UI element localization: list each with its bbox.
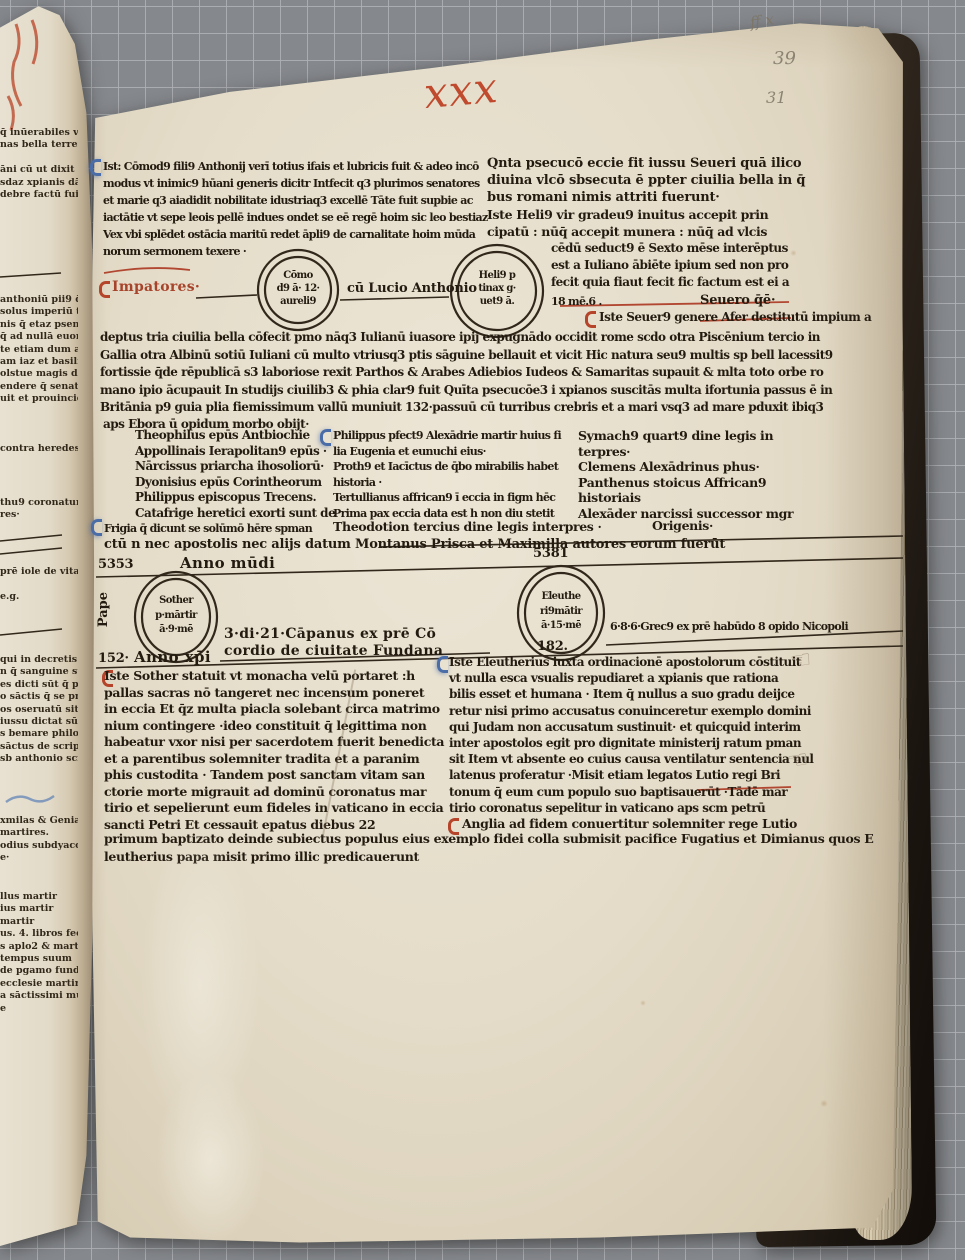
text-line: olstue magis delectā bbox=[0, 368, 78, 380]
text-line: sb anthonio scripsit bbox=[0, 753, 78, 765]
left-page-fragment-block: thu9 coronatur·res· bbox=[0, 497, 78, 522]
text-line: Philippus episcopus Trecens. bbox=[135, 490, 350, 506]
text-line: ecclesie martir· bbox=[0, 978, 78, 990]
text-line: fortissie q̄de rēpublicā s3 laboriose re… bbox=[100, 364, 872, 382]
text-line: e bbox=[0, 1003, 78, 1015]
text-line: Iste Eleutherius iuxta ordinacionē apost… bbox=[449, 654, 801, 670]
cataphrygians-line: Frigia q̄ dicunt se solūmō hēre spman bbox=[104, 520, 312, 537]
text-line: et marie q3 aiadidit nobilitate idustria… bbox=[103, 192, 485, 209]
text-line: Gallia otra Albinū sotiū Iuliani cū mult… bbox=[100, 347, 872, 365]
paragraph-mark-red bbox=[99, 281, 110, 298]
theodotion-line: Theodotion tercius dine legis interpres … bbox=[333, 519, 602, 534]
text-line: latenus proferatur ·Misit etiam legatos … bbox=[449, 767, 801, 783]
text-line: sāctus de scriptores bbox=[0, 741, 78, 753]
text-line: Catafrige heretici exorti sunt de bbox=[135, 506, 350, 522]
anno-xpi-mid-number: 182. bbox=[537, 639, 568, 654]
intro-paragraph-right: Qnta psecucō eccie fit iussu Seueri quā … bbox=[487, 155, 872, 206]
text-line: Vex vbi splēdet ostācia maritū redet āpl… bbox=[103, 226, 485, 243]
text-line: ā·15·mē bbox=[518, 619, 604, 634]
text-line: Appollinais Ierapolitan9 epūs · bbox=[135, 444, 350, 460]
text-line: sdaz xpianis dānātib9 bbox=[0, 177, 78, 189]
emperor-circle-helius: Heli9 ptinax g·uet9 ā. bbox=[454, 269, 540, 308]
popes-side-label: Pape bbox=[96, 592, 111, 627]
text-line: us. 4. libros fecit de bbox=[0, 928, 78, 940]
text-line: endere q̄ senatui bbox=[0, 381, 78, 393]
text-line: retur nisi primo accusatus conuinceretur… bbox=[449, 703, 801, 719]
text-line: cipatū : nūq̄ accepit munera : nūq̄ ad v… bbox=[487, 223, 872, 240]
emperors-rubric-label: Impatores· bbox=[112, 279, 200, 295]
eleutherius-paragraph: Iste Eleutherius iuxta ordinacionē apost… bbox=[449, 654, 801, 816]
text-line: Heli9 p bbox=[454, 269, 540, 282]
text-line: os oseruatū sit notū bbox=[0, 704, 78, 716]
paragraph-mark-red bbox=[585, 311, 596, 328]
text-line: tonum q̄ eum cum populo suo baptisauerūt… bbox=[449, 784, 801, 800]
text-line: ri9mātir bbox=[518, 605, 604, 620]
text-line: uit et prouincie tribus bbox=[0, 393, 78, 405]
anno-mundi-mid-number: 5381 bbox=[533, 546, 568, 561]
text-line: fecit quia fiaut fecit fic factum est ei… bbox=[551, 274, 881, 291]
foxing-spot bbox=[820, 1100, 828, 1107]
text-line: a sāctissimi mulier bbox=[0, 990, 78, 1002]
text-line: martir bbox=[0, 916, 78, 928]
text-line: Clemens Alexādrinus phus· bbox=[578, 459, 788, 475]
text-line: sit Item vt absente eo cuius causa venti… bbox=[449, 751, 801, 767]
text-line: Cōmo bbox=[258, 269, 338, 282]
helius-paragraph-wide: Iste Heli9 vir gradeu9 inuitus accepit p… bbox=[487, 206, 872, 240]
text-line: thu9 coronatur· bbox=[0, 497, 78, 509]
pencil-annotation: ff x bbox=[749, 10, 775, 32]
text-line: tirio coronatus sepelitur in vaticano ap… bbox=[449, 800, 801, 816]
severus-catchword: Seuero q̄ē· bbox=[700, 293, 775, 308]
pencil-annotation: 31 bbox=[766, 88, 786, 107]
text-line: e.g. bbox=[0, 591, 78, 603]
text-line: e· bbox=[0, 852, 78, 864]
text-line: pallas sacras nō tangeret nec incensum p… bbox=[104, 685, 452, 702]
text-line: ctorie morte migrauit ad dominū coronatu… bbox=[104, 784, 452, 801]
text-line: aureli9 bbox=[258, 295, 338, 308]
text-line: xmilas & Genia xpi bbox=[0, 815, 78, 827]
text-line: Ist: Cōmod9 fili9 Anthonij verī totius i… bbox=[103, 158, 485, 175]
text-line: nis q̄ etaz psenioribus bbox=[0, 319, 78, 331]
helius-reign-duration: 18 mē.6 . bbox=[551, 293, 602, 310]
text-line: anthoniū pii9 q̄ noluit bbox=[0, 294, 78, 306]
text-line: modus vt inimic9 hūani generis dicitr In… bbox=[103, 175, 485, 192]
eleutherius-note: 6·8·6·Grec9 ex prē habūdo 8 opido Nicopo… bbox=[610, 618, 848, 635]
text-line: primum baptizato deinde subiectus populu… bbox=[104, 830, 882, 848]
pencil-annotation: 39 bbox=[773, 48, 796, 69]
text-line: d9 ā· 12· bbox=[258, 282, 338, 295]
text-line bbox=[0, 418, 78, 430]
text-line: āni cū ut dixit nos9 bbox=[0, 164, 78, 176]
text-line: norum sermonem texere · bbox=[103, 243, 485, 260]
text-line: ius martir bbox=[0, 903, 78, 915]
paragraph-mark-blue bbox=[90, 159, 101, 176]
text-line: inter apostolos egit pro dignitate minis… bbox=[449, 735, 801, 751]
text-line: Philippus pfect9 Alexādrie martir huius … bbox=[333, 428, 568, 444]
text-line: q̄ ad nullā euomit bbox=[0, 331, 78, 343]
text-line: uet9 ā. bbox=[454, 295, 540, 308]
text-line: llus martir bbox=[0, 891, 78, 903]
text-line: Britānia p9 guia plia fiemissimum vallū … bbox=[100, 399, 872, 417]
text-line: Qnta psecucō eccie fit iussu Seueri quā … bbox=[487, 155, 872, 172]
text-line: Theophilus epūs Antbiochie bbox=[135, 428, 350, 444]
text-line: iussu dictat sūt llq̄z bbox=[0, 716, 78, 728]
text-line: qui Judam non accusatum sustinuit· et qu… bbox=[449, 719, 801, 735]
left-page-fragment-block: llus martirius martirmartirus. 4. libros… bbox=[0, 891, 78, 1015]
text-line: terpres· bbox=[578, 444, 788, 460]
text-line: tirio et sepelierunt eum fideles in vati… bbox=[104, 800, 452, 817]
manicule-icon: ☜ bbox=[788, 645, 813, 676]
text-line: contra heredes et bbox=[0, 443, 78, 455]
text-line: est a Iuliano ābiēte ipium sed non pro bbox=[551, 257, 881, 274]
text-line: te etiam dum abiecisse bbox=[0, 344, 78, 356]
intro-paragraph-left: Ist: Cōmod9 fili9 Anthonij verī totius i… bbox=[103, 158, 485, 260]
montanus-line: ctū n nec apostolis nec alijs datum Mont… bbox=[104, 537, 725, 552]
text-line bbox=[0, 406, 78, 418]
text-line: phis custodita · Tandem post sanctam vit… bbox=[104, 767, 452, 784]
text-line: Iste Heli9 vir gradeu9 inuitus accepit p… bbox=[487, 206, 872, 223]
left-page-fragment-block: prē iole de vita mir9 e.g. bbox=[0, 566, 78, 603]
text-line: Proth9 et Iacīctus de q̄bo mirabilis hab… bbox=[333, 459, 568, 475]
foxing-spot bbox=[640, 1000, 646, 1006]
text-line: cēdū seduct9 ē Sexto mēse interēptus bbox=[551, 240, 881, 257]
folio-number: xxx bbox=[422, 63, 500, 118]
text-line: 3·di·21·Cāpanus ex prē Cō bbox=[224, 626, 504, 643]
closing-lines: primum baptizato deinde subiectus populu… bbox=[104, 830, 882, 866]
text-line: o sāctis q̄ se pmo ōs bbox=[0, 691, 78, 703]
text-line: nium contingere ·ideo constituit q̄ legi… bbox=[104, 718, 452, 735]
text-line: leutherius papa misit primo illic predic… bbox=[104, 848, 882, 866]
left-page-fragment-block: anthoniū pii9 q̄ noluitsolus imperiū ten… bbox=[0, 294, 78, 455]
anno-xpi-left-number: 152· bbox=[98, 651, 129, 666]
text-line: et a parentibus solemniter tradita et a … bbox=[104, 751, 452, 768]
helius-paragraph-narrow: cēdū seduct9 ē Sexto mēse interēptusest … bbox=[551, 240, 881, 291]
text-line: martires. bbox=[0, 827, 78, 839]
text-line: debre factū fuit a hō bbox=[0, 189, 78, 201]
text-line: Iste Sother statuit vt monacha velū port… bbox=[104, 668, 452, 685]
left-page-fragment-block: qui in decretis ī bulln q̄ sanguine suū … bbox=[0, 654, 78, 766]
text-line: prē iole de vita mir9 bbox=[0, 566, 78, 578]
text-line: q̄ inūerabiles vti bbox=[0, 127, 78, 139]
pope-circle-eleutherius: Eleutheri9mātirā·15·mē bbox=[518, 590, 604, 634]
text-line: deptus tria ciuilia bella cōfecit pmo nā… bbox=[100, 329, 872, 347]
text-line: ā·9·mē bbox=[135, 623, 217, 638]
text-line: historia · bbox=[333, 475, 568, 491]
text-line: lia Eugenia et eunuchi eius· bbox=[333, 444, 568, 460]
photo-of-incunabulum-page: xxx ff x 39 31 Ist: Cōmod9 fili9 Anthoni… bbox=[0, 0, 965, 1260]
text-line: vt nulla esca vsualis repudiaret a xpian… bbox=[449, 670, 801, 686]
anno-mundi-label: Anno mūdi bbox=[180, 554, 275, 572]
left-page-fragment-block: q̄ inūerabiles vtinas bella terremot9 ān… bbox=[0, 127, 78, 201]
text-line bbox=[0, 152, 78, 164]
text-line bbox=[0, 578, 78, 590]
text-line: iactātie vt sepe leois pellē indues onde… bbox=[103, 209, 485, 226]
text-line: Dyonisius epūs Corintheorum bbox=[135, 475, 350, 491]
severus-opening-line: Iste Seuer9 genere Afer destitutū impium… bbox=[599, 310, 871, 324]
text-line: Panthenus stoicus Affrican9 bbox=[578, 475, 788, 491]
text-line: solus imperiū tenuit q̄ bbox=[0, 306, 78, 318]
text-line: habeatur vxor nisi per sacerdotem fuerit… bbox=[104, 734, 452, 751]
clergy-list-column-c: Symach9 quart9 dine legis interpres·Clem… bbox=[578, 428, 788, 521]
pope-circle-sother: Sotherp·mārtirā·9·mē bbox=[135, 594, 217, 638]
anno-xpi-label: Anno xp̄i bbox=[134, 648, 211, 666]
text-line: qui in decretis ī bull bbox=[0, 654, 78, 666]
text-line: Tertullianus affrican9 ī eccia in figm h… bbox=[333, 490, 568, 506]
anglia-line: Anglia ad fidem conuertitur solemniter r… bbox=[462, 816, 797, 831]
text-line: Eleuthe bbox=[518, 590, 604, 605]
foxing-spot bbox=[790, 250, 797, 256]
text-line: mano ipio ācupauit In studijs ciuilib3 &… bbox=[100, 382, 872, 400]
left-page-fragment-block: xmilas & Genia xpimartires.odius subdyac… bbox=[0, 815, 78, 865]
text-line: odius subdyacon9 bbox=[0, 840, 78, 852]
text-line: res· bbox=[0, 509, 78, 521]
text-line: in eccia Et q̄z multa piacla solebant ci… bbox=[104, 701, 452, 718]
text-line: Symach9 quart9 dine legis in bbox=[578, 428, 788, 444]
origenis-line: Origenis· bbox=[652, 518, 713, 533]
sother-paragraph: Iste Sother statuit vt monacha velū port… bbox=[104, 668, 452, 833]
text-line: s aplo2 & martirū bbox=[0, 941, 78, 953]
text-line: tinax g· bbox=[454, 282, 540, 295]
clergy-list-column-b: Philippus pfect9 Alexādrie martir huius … bbox=[333, 428, 568, 521]
text-line: n q̄ sanguine suū p bbox=[0, 666, 78, 678]
text-line: historiais bbox=[578, 490, 788, 506]
manicule-icon: ☜ bbox=[785, 745, 810, 776]
text-line: nas bella terremot9 bbox=[0, 139, 78, 151]
clergy-list-column-a: Theophilus epūs AntbiochieAppollinais Ie… bbox=[135, 428, 350, 521]
text-line: es dicti sūt q̄ primū bbox=[0, 679, 78, 691]
text-line: Sother bbox=[135, 594, 217, 609]
text-line: de pgamo fundā bbox=[0, 965, 78, 977]
text-line: bus romani nimis attriti fuerunt· bbox=[487, 189, 872, 206]
paragraph-mark-blue bbox=[91, 519, 102, 536]
text-line: diuina vlcō sbsecuta ē ppter ciuilia bel… bbox=[487, 172, 872, 189]
text-line: s bemare philosophia bbox=[0, 728, 78, 740]
text-line: am iaz et basilicas bbox=[0, 356, 78, 368]
text-line: bilis esset et humana · Item q̄ nullus a… bbox=[449, 686, 801, 702]
emperor-circle-commodus: Cōmod9 ā· 12·aureli9 bbox=[258, 269, 338, 308]
anno-mundi-left-number: 5353 bbox=[98, 557, 133, 572]
text-line bbox=[0, 430, 78, 442]
text-line: p·mārtir bbox=[135, 609, 217, 624]
text-line: Nārcissus priarcha ihosoliorū· bbox=[135, 459, 350, 475]
text-line: tempus suum bbox=[0, 953, 78, 965]
severus-paragraph: deptus tria ciuilia bella cōfecit pmo nā… bbox=[100, 329, 872, 417]
